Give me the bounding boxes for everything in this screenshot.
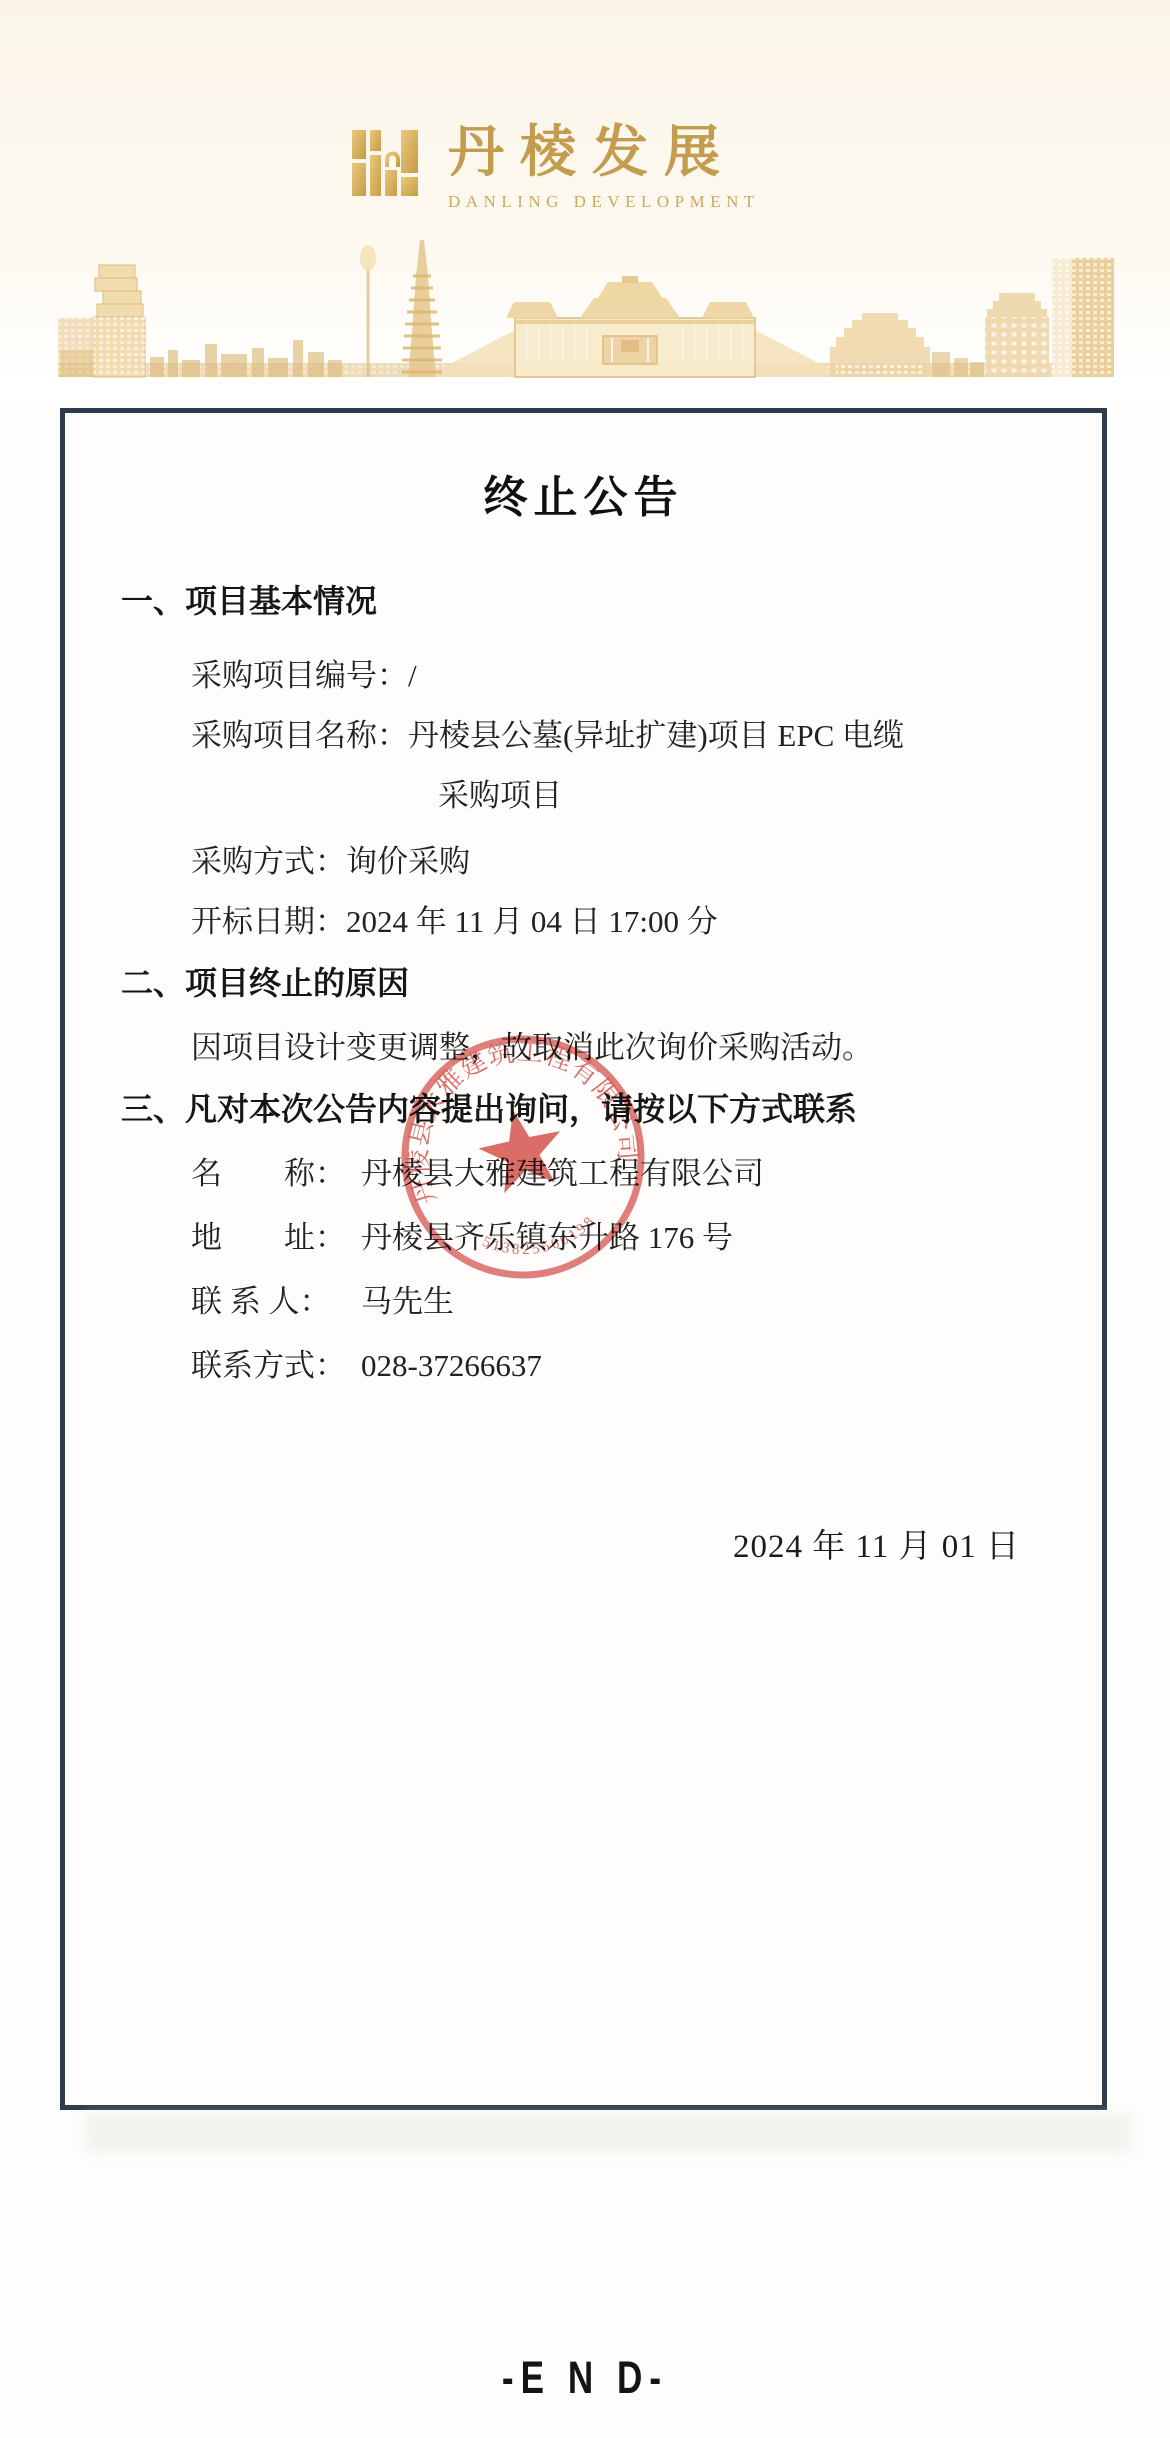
brand-logo-icon bbox=[352, 130, 418, 196]
open-date-label: 开标日期： bbox=[191, 904, 346, 939]
phone-label: 联系方式： bbox=[191, 1340, 361, 1385]
method-label: 采购方式： bbox=[191, 844, 346, 879]
line-procurement-method: 采购方式：询价采购 bbox=[191, 836, 470, 881]
section-heading-termination-reason: 二、项目终止的原因 bbox=[121, 958, 409, 1004]
sheet-shadow bbox=[86, 2114, 1132, 2152]
document-content: 终止公告 一、项目基本情况 采购项目编号：/ 采购项目名称：丹棱县公墓(异址扩建… bbox=[65, 413, 1102, 2105]
skyline-graphic bbox=[0, 232, 1170, 382]
section-heading-basic-info: 一、项目基本情况 bbox=[121, 576, 377, 622]
doc-title: 终止公告 bbox=[65, 461, 1102, 525]
line-termination-reason: 因项目设计变更调整，故取消此次询价采购活动。 bbox=[191, 1022, 873, 1067]
brand-name-en: DANLING DEVELOPMENT bbox=[448, 192, 760, 212]
method-value: 询价采购 bbox=[346, 844, 470, 879]
document-sheet: 终止公告 一、项目基本情况 采购项目编号：/ 采购项目名称：丹棱县公墓(异址扩建… bbox=[60, 408, 1107, 2110]
line-bid-opening-date: 开标日期：2024 年 11 月 04 日 17:00 分 bbox=[191, 896, 718, 941]
end-mark: -E N D- bbox=[129, 2352, 1042, 2404]
line-contact-person: 联 系 人：马先生 bbox=[191, 1276, 454, 1321]
brand-logo: 丹棱发展 DANLING DEVELOPMENT bbox=[352, 122, 760, 212]
page: 丹棱发展 DANLING DEVELOPMENT bbox=[0, 0, 1170, 2438]
address-label: 地 址： bbox=[191, 1212, 361, 1257]
line-project-name-continued: 采购项目 bbox=[438, 770, 562, 815]
contact-person-value: 马先生 bbox=[361, 1284, 454, 1319]
brand-name-cn: 丹棱发展 bbox=[448, 122, 760, 184]
brand-logo-text: 丹棱发展 DANLING DEVELOPMENT bbox=[448, 122, 760, 212]
open-date-value: 2024 年 11 月 04 日 17:00 分 bbox=[346, 904, 718, 939]
project-code-value: / bbox=[408, 658, 417, 693]
doc-date: 2024 年 11 月 01 日 bbox=[733, 1520, 1020, 1567]
line-project-code: 采购项目编号：/ bbox=[191, 650, 417, 695]
project-name-value: 丹棱县公墓(异址扩建)项目 EPC 电缆 bbox=[408, 718, 904, 753]
section-heading-contact: 三、凡对本次公告内容提出询问，请按以下方式联系 bbox=[121, 1084, 857, 1130]
brand-header: 丹棱发展 DANLING DEVELOPMENT bbox=[0, 0, 1170, 400]
project-code-label: 采购项目编号： bbox=[191, 658, 408, 693]
company-name-value: 丹棱县大雅建筑工程有限公司 bbox=[361, 1156, 764, 1191]
phone-value: 028-37266637 bbox=[361, 1348, 542, 1383]
project-name-label: 采购项目名称： bbox=[191, 718, 408, 753]
line-address: 地 址：丹棱县齐乐镇东升路 176 号 bbox=[191, 1212, 733, 1257]
line-project-name: 采购项目名称：丹棱县公墓(异址扩建)项目 EPC 电缆 bbox=[191, 710, 904, 755]
contact-person-label: 联 系 人： bbox=[191, 1276, 361, 1321]
address-value: 丹棱县齐乐镇东升路 176 号 bbox=[361, 1220, 733, 1255]
line-company-name: 名 称：丹棱县大雅建筑工程有限公司 bbox=[191, 1148, 764, 1193]
line-contact-phone: 联系方式：028-37266637 bbox=[191, 1340, 542, 1385]
company-name-label: 名 称： bbox=[191, 1148, 361, 1193]
